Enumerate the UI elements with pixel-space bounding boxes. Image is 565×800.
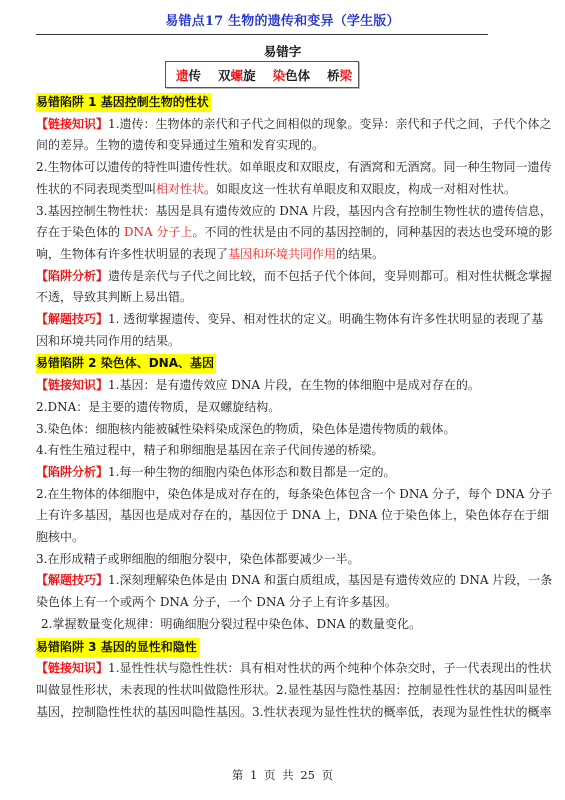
error-word-4: 桥梁: [327, 66, 352, 84]
paragraph-line: 3.染色体：细胞核内能被碱性染料染成深色的物质，染色体是遗传物质的载体。: [36, 419, 528, 441]
section-heading-2: 易错陷阱 2 染色体、DNA、基因: [36, 354, 216, 373]
paragraph-line: 不透，导致其判断上易出错。: [36, 287, 528, 309]
paragraph-line: 2.在生物体的体细胞中，染色体是成对存在的，每条染色体包含一个 DNA 分子，每…: [36, 484, 528, 506]
trap-analysis-tag: 【陷阱分析】: [36, 269, 108, 283]
paragraph-line: 染色体上有一个或两个 DNA 分子，一个 DNA 分子上有许多基因。: [36, 592, 528, 614]
paragraph-line: 叫做显性形状，未表现的性状叫做隐性形状。2.显性基因与隐性基因：控制显性性状的基…: [36, 680, 528, 702]
link-knowledge-tag: 【链接知识】: [36, 661, 108, 675]
section-heading-3: 易错陷阱 3 基因的显性和隐性: [36, 638, 199, 657]
error-words-box: 遗传 双螺旋 染色体 桥梁: [165, 61, 359, 88]
paragraph-line: 3.在形成精子或卵细胞的细胞分裂中，染色体都要减少一半。: [36, 549, 528, 571]
title-divider: [36, 34, 488, 35]
highlighted-term: 相对性状: [156, 182, 204, 196]
link-knowledge-tag: 【链接知识】: [36, 117, 108, 131]
document-page: 易错点17 生物的遗传和变异（学生版） 易错字 遗传 双螺旋 染色体 桥梁 易错…: [0, 0, 565, 800]
paragraph-line: 胞核中。: [36, 527, 528, 549]
paragraph-line: 性状的不同表现类型叫相对性状。如眼皮这一性状有单眼皮和双眼皮，构成一对相对性状。: [36, 179, 528, 201]
link-knowledge-tag: 【链接知识】: [36, 378, 108, 392]
highlighted-term: 基因和环境共同作用: [228, 247, 336, 261]
solving-tips-tag: 【解题技巧】: [36, 312, 108, 326]
document-title: 易错点17 生物的遗传和变异（学生版）: [0, 10, 565, 29]
paragraph-line: 【陷阱分析】1.每一种生物的细胞内染色体形态和数目都是一定的。: [36, 462, 528, 484]
paragraph-line: 因和环境共同作用的结果。: [36, 331, 528, 353]
highlighted-term: DNA 分子上: [124, 225, 193, 239]
paragraph-line: 3.基因控制生物性状：基因是具有遗传效应的 DNA 片段，基因内含有控制生物性状…: [36, 201, 528, 223]
paragraph-line: 2.生物体可以遗传的特性叫遗传性状。如单眼皮和双眼皮，有酒窝和无酒窝。同一种生物…: [36, 157, 528, 179]
paragraph-line: 上有许多基因，基因也是成对存在的，基因位于 DNA 上，DNA 位于染色体上，染…: [36, 505, 528, 527]
trap-analysis-tag: 【陷阱分析】: [36, 465, 108, 479]
document-body: 易错陷阱 1 基因控制生物的性状 【链接知识】1.遗传：生物体的亲代和子代之间相…: [36, 91, 528, 723]
solving-tips-tag: 【解题技巧】: [36, 573, 108, 587]
paragraph-line: 存在于染色体的 DNA 分子上。不同的性状是由不同的基因控制的，同种基因的表达也…: [36, 222, 528, 244]
paragraph-line: 响，生物体有许多性状明显的表现了基因和环境共同作用的结果。: [36, 244, 528, 266]
error-word-2: 双螺旋: [218, 66, 256, 84]
paragraph-line: 【链接知识】1.遗传：生物体的亲代和子代之间相似的现象。变异：亲代和子代之间，子…: [36, 114, 528, 136]
error-word-1: 遗传: [176, 66, 201, 84]
page-number-footer: 第 1 页 共 25 页: [0, 767, 565, 783]
paragraph-line: 【解题技巧】1.深刻理解染色体是由 DNA 和蛋白质组成，基因是有遗传效应的 D…: [36, 570, 528, 592]
paragraph-line: 【链接知识】1.基因：是有遗传效应 DNA 片段，在生物的体细胞中是成对存在的。: [36, 375, 528, 397]
paragraph-line: 【陷阱分析】遗传是亲代与子代之间比较，而不包括子代个体间，变异则都可。相对性状概…: [36, 266, 528, 288]
error-words-heading: 易错字: [0, 42, 565, 60]
paragraph-line: 间的差异。生物的遗传和变异通过生殖和发育实现的。: [36, 135, 528, 157]
paragraph-line: 2.掌握数量变化规律：明确细胞分裂过程中染色体、DNA 的数量变化。: [36, 614, 528, 636]
paragraph-line: 基因，控制隐性性状的基因叫隐性基因。3.性状表现为显性性状的概率低，表现为显性性…: [36, 702, 528, 724]
paragraph-line: 2.DNA：是主要的遗传物质，是双螺旋结构。: [36, 397, 528, 419]
paragraph-line: 【解题技巧】1. 透彻掌握遗传、变异、相对性状的定义。明确生物体有许多性状明显的…: [36, 309, 528, 331]
paragraph-line: 4.有性生殖过程中，精子和卵细胞是基因在亲子代间传递的桥梁。: [36, 440, 528, 462]
paragraph-line: 【链接知识】1.显性性状与隐性性状：具有相对性状的两个纯种个体杂交时，子一代表现…: [36, 658, 528, 680]
section-heading-1: 易错陷阱 1 基因控制生物的性状: [36, 93, 211, 112]
error-word-3: 染色体: [273, 66, 311, 84]
